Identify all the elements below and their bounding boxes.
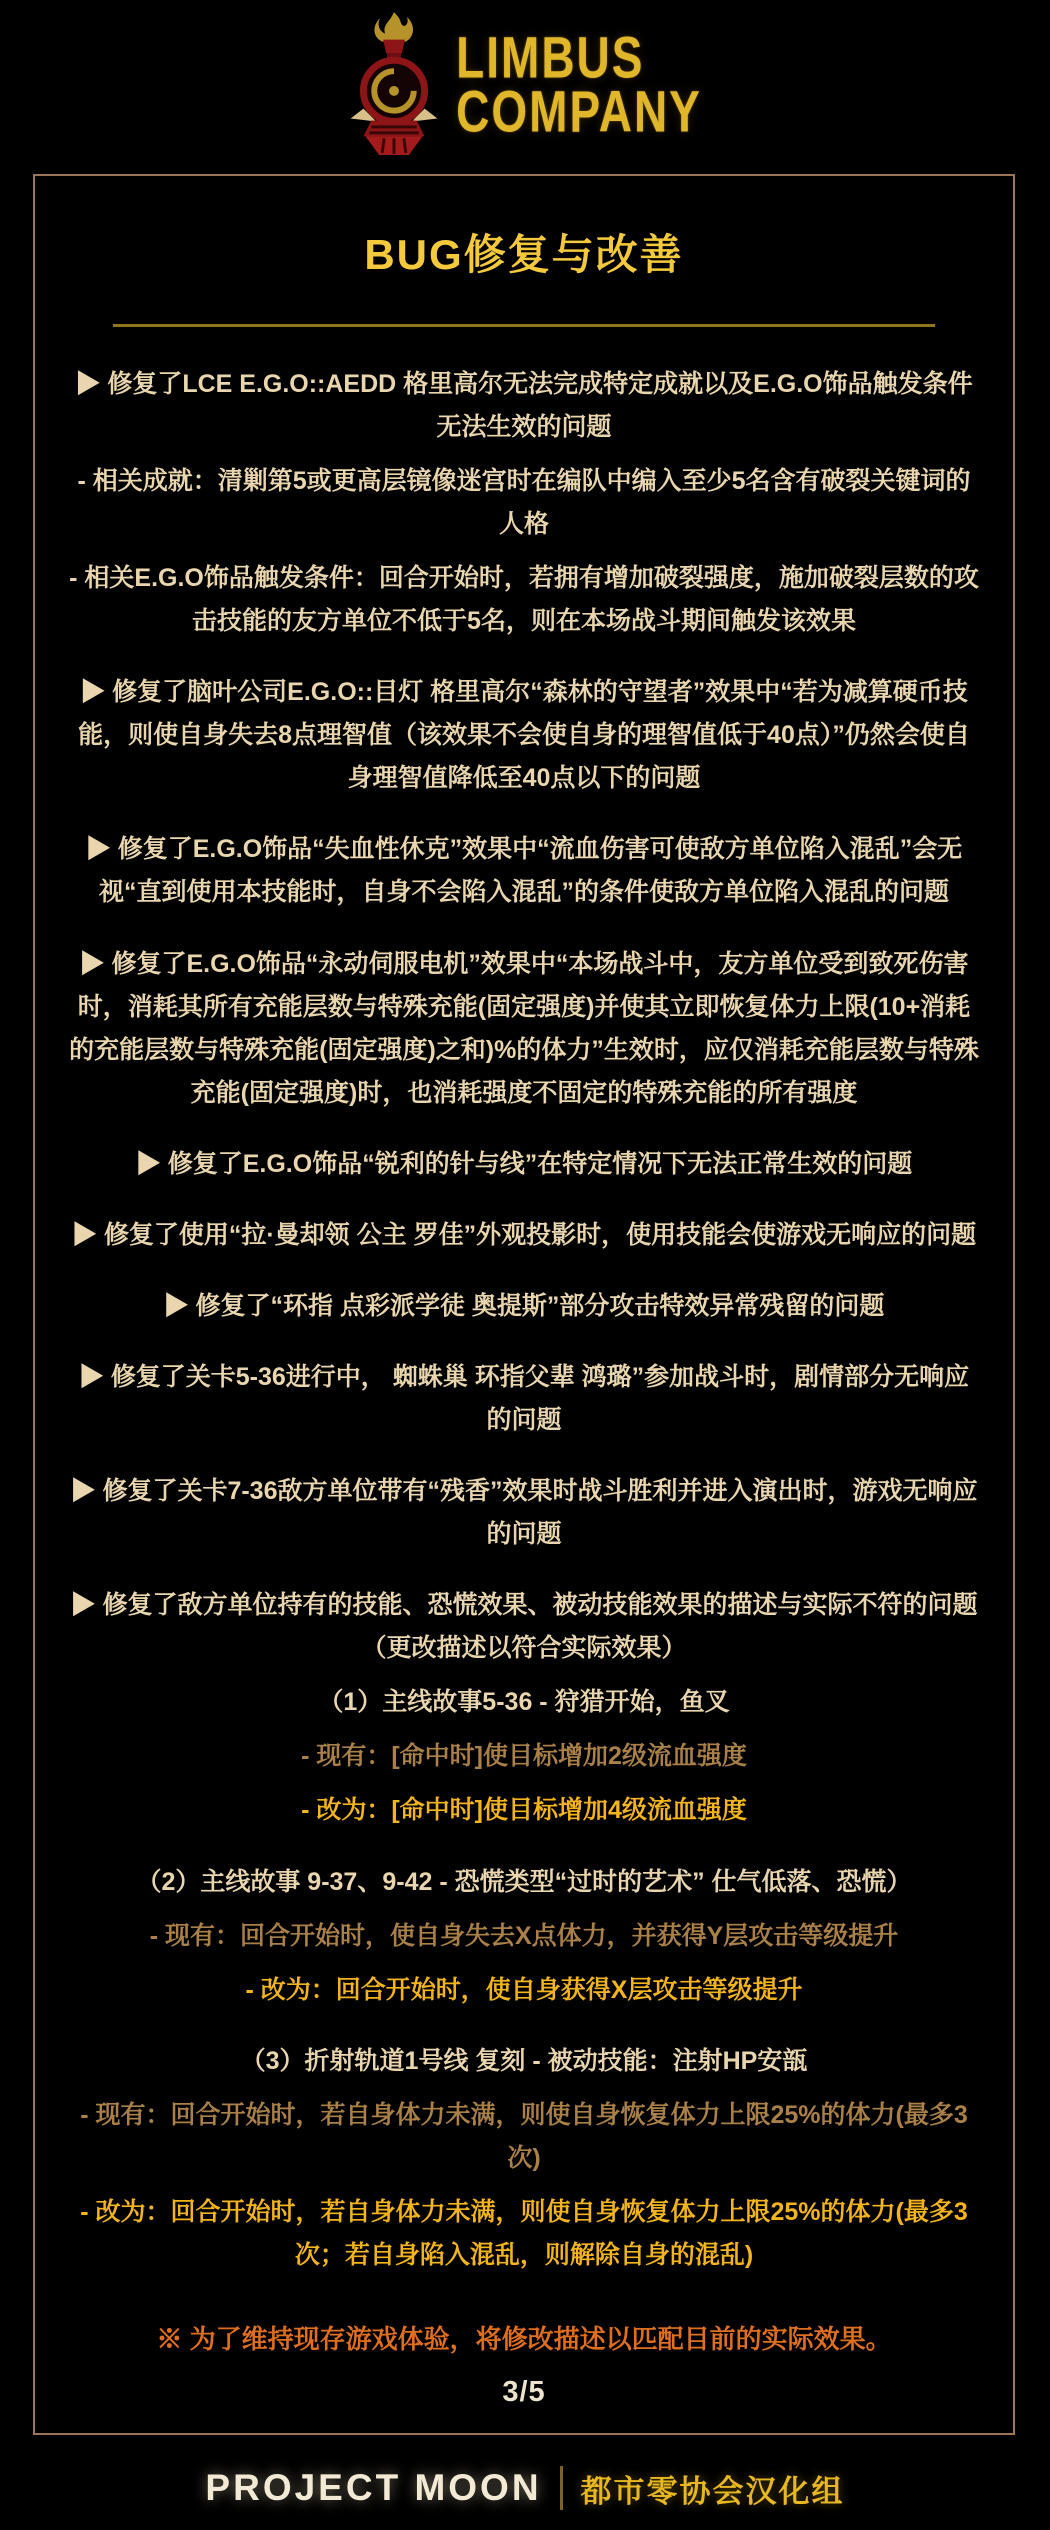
footer-brand: PROJECT MOON	[205, 2467, 541, 2509]
notice-line-highlight: - 改为：[命中时]使目标增加4级流血强度	[69, 1789, 979, 1832]
notice-line-body: - 相关E.G.O饰品触发条件：回合开始时，若拥有增加破裂强度，施加破裂层数的攻…	[69, 557, 979, 643]
logo-wordmark: LIMBUS COMPANY	[456, 30, 702, 138]
notice-line-body: ▶ 修复了E.G.O饰品“锐利的针与线”在特定情况下无法正常生效的问题	[69, 1143, 979, 1186]
notice-block: ▶ 修复了“环指 点彩派学徒 奥提斯”部分攻击特效异常残留的问题	[69, 1285, 979, 1328]
notice-line-body: ▶ 修复了关卡5-36进行中， 蜘蛛巢 环指父辈 鸿璐”参加战斗时，剧情部分无响…	[69, 1356, 979, 1442]
notice-block: （3）折射轨道1号线 复刻 - 被动技能：注射HP安瓿- 现有：回合开始时，若自…	[69, 2040, 979, 2277]
notice-line-body: ▶ 修复了E.G.O饰品“永动伺服电机”效果中“本场战斗中，友方单位受到致死伤害…	[69, 943, 979, 1115]
notice-line-body: ▶ 修复了LCE E.G.O::AEDD 格里高尔无法完成特定成就以及E.G.O…	[69, 363, 979, 449]
notice-block: ▶ 修复了E.G.O饰品“永动伺服电机”效果中“本场战斗中，友方单位受到致死伤害…	[69, 943, 979, 1115]
logo: LIMBUS COMPANY	[0, 6, 1050, 162]
notice-line-muted: - 现有：回合开始时，若自身体力未满，则使自身恢复体力上限25%的体力(最多3次…	[69, 2094, 979, 2180]
notice-line-body: ▶ 修复了关卡7-36敌方单位带有“残香”效果时战斗胜利并进入演出时，游戏无响应…	[69, 1470, 979, 1556]
notice-title: BUG修复与改善	[364, 222, 683, 282]
notice-line-highlight: - 改为：回合开始时，若自身体力未满，则使自身恢复体力上限25%的体力(最多3次…	[69, 2191, 979, 2277]
notice-block: （2）主线故事 9-37、9-42 - 恐慌类型“过时的艺术” 仕气低落、恐慌）…	[69, 1861, 979, 2012]
notice-line-highlight: - 改为：回合开始时，使自身获得X层攻击等级提升	[69, 1969, 979, 2012]
notice-blocks: ▶ 修复了LCE E.G.O::AEDD 格里高尔无法完成特定成就以及E.G.O…	[57, 327, 991, 2305]
notice-block: ▶ 修复了E.G.O饰品“锐利的针与线”在特定情况下无法正常生效的问题	[69, 1143, 979, 1186]
footer-divider	[560, 2466, 563, 2510]
notice-line-body: ▶ 修复了“环指 点彩派学徒 奥提斯”部分攻击特效异常残留的问题	[69, 1285, 979, 1328]
footer-team: 都市零协会汉化组	[581, 2466, 845, 2511]
notice-block: ▶ 修复了脑叶公司E.G.O::目灯 格里高尔“森林的守望者”效果中“若为减算硬…	[69, 671, 979, 800]
notice-line-heading: （3）折射轨道1号线 复刻 - 被动技能：注射HP安瓿	[69, 2040, 979, 2083]
notice-line-muted: - 现有：[命中时]使目标增加2级流血强度	[69, 1735, 979, 1778]
notice-line-body: ▶ 修复了使用“拉·曼却领 公主 罗佳”外观投影时，使用技能会使游戏无响应的问题	[69, 1214, 979, 1257]
notice-line-heading: （1）主线故事5-36 - 狩猎开始，鱼叉	[69, 1681, 979, 1724]
notice-block: ▶ 修复了使用“拉·曼却领 公主 罗佳”外观投影时，使用技能会使游戏无响应的问题	[69, 1214, 979, 1257]
notice-block: ▶ 修复了LCE E.G.O::AEDD 格里高尔无法完成特定成就以及E.G.O…	[69, 363, 979, 643]
notice-line-heading: （2）主线故事 9-37、9-42 - 恐慌类型“过时的艺术” 仕气低落、恐慌）	[69, 1861, 979, 1904]
notice-block: ▶ 修复了E.G.O饰品“失血性休克”效果中“流血伤害可使敌方单位陷入混乱”会无…	[69, 828, 979, 914]
notice-box: BUG修复与改善 ▶ 修复了LCE E.G.O::AEDD 格里高尔无法完成特定…	[33, 174, 1015, 2435]
logo-line1: LIMBUS	[456, 30, 702, 84]
logo-line2: COMPANY	[456, 84, 702, 138]
notice-block: ▶ 修复了关卡5-36进行中， 蜘蛛巢 环指父辈 鸿璐”参加战斗时，剧情部分无响…	[69, 1356, 979, 1442]
notice-line-body: ▶ 修复了敌方单位持有的技能、恐慌效果、被动技能效果的描述与实际不符的问题（更改…	[69, 1584, 979, 1670]
notice-line-body: - 相关成就：清剿第5或更高层镜像迷宫时在编队中编入至少5名含有破裂关键词的人格	[69, 460, 979, 546]
page-number: 3/5	[502, 2376, 545, 2409]
notice-block: ▶ 修复了敌方单位持有的技能、恐慌效果、被动技能效果的描述与实际不符的问题（更改…	[69, 1584, 979, 1832]
notice-line-body: ▶ 修复了E.G.O饰品“失血性休克”效果中“流血伤害可使敌方单位陷入混乱”会无…	[69, 828, 979, 914]
notice-line-muted: - 现有：回合开始时，使自身失去X点体力，并获得Y层攻击等级提升	[69, 1915, 979, 1958]
footer: PROJECT MOON 都市零协会汉化组	[0, 2446, 1050, 2530]
limbus-clock-train-emblem-icon	[348, 10, 440, 158]
notice-block: ▶ 修复了关卡7-36敌方单位带有“残香”效果时战斗胜利并进入演出时，游戏无响应…	[69, 1470, 979, 1556]
page: LIMBUS COMPANY BUG修复与改善 ▶ 修复了LCE E.G.O::…	[0, 0, 1050, 2530]
notice-footnote: ※ 为了维持现存游戏体验，将修改描述以匹配目前的实际效果。	[156, 2319, 891, 2356]
notice-line-body: ▶ 修复了脑叶公司E.G.O::目灯 格里高尔“森林的守望者”效果中“若为减算硬…	[69, 671, 979, 800]
